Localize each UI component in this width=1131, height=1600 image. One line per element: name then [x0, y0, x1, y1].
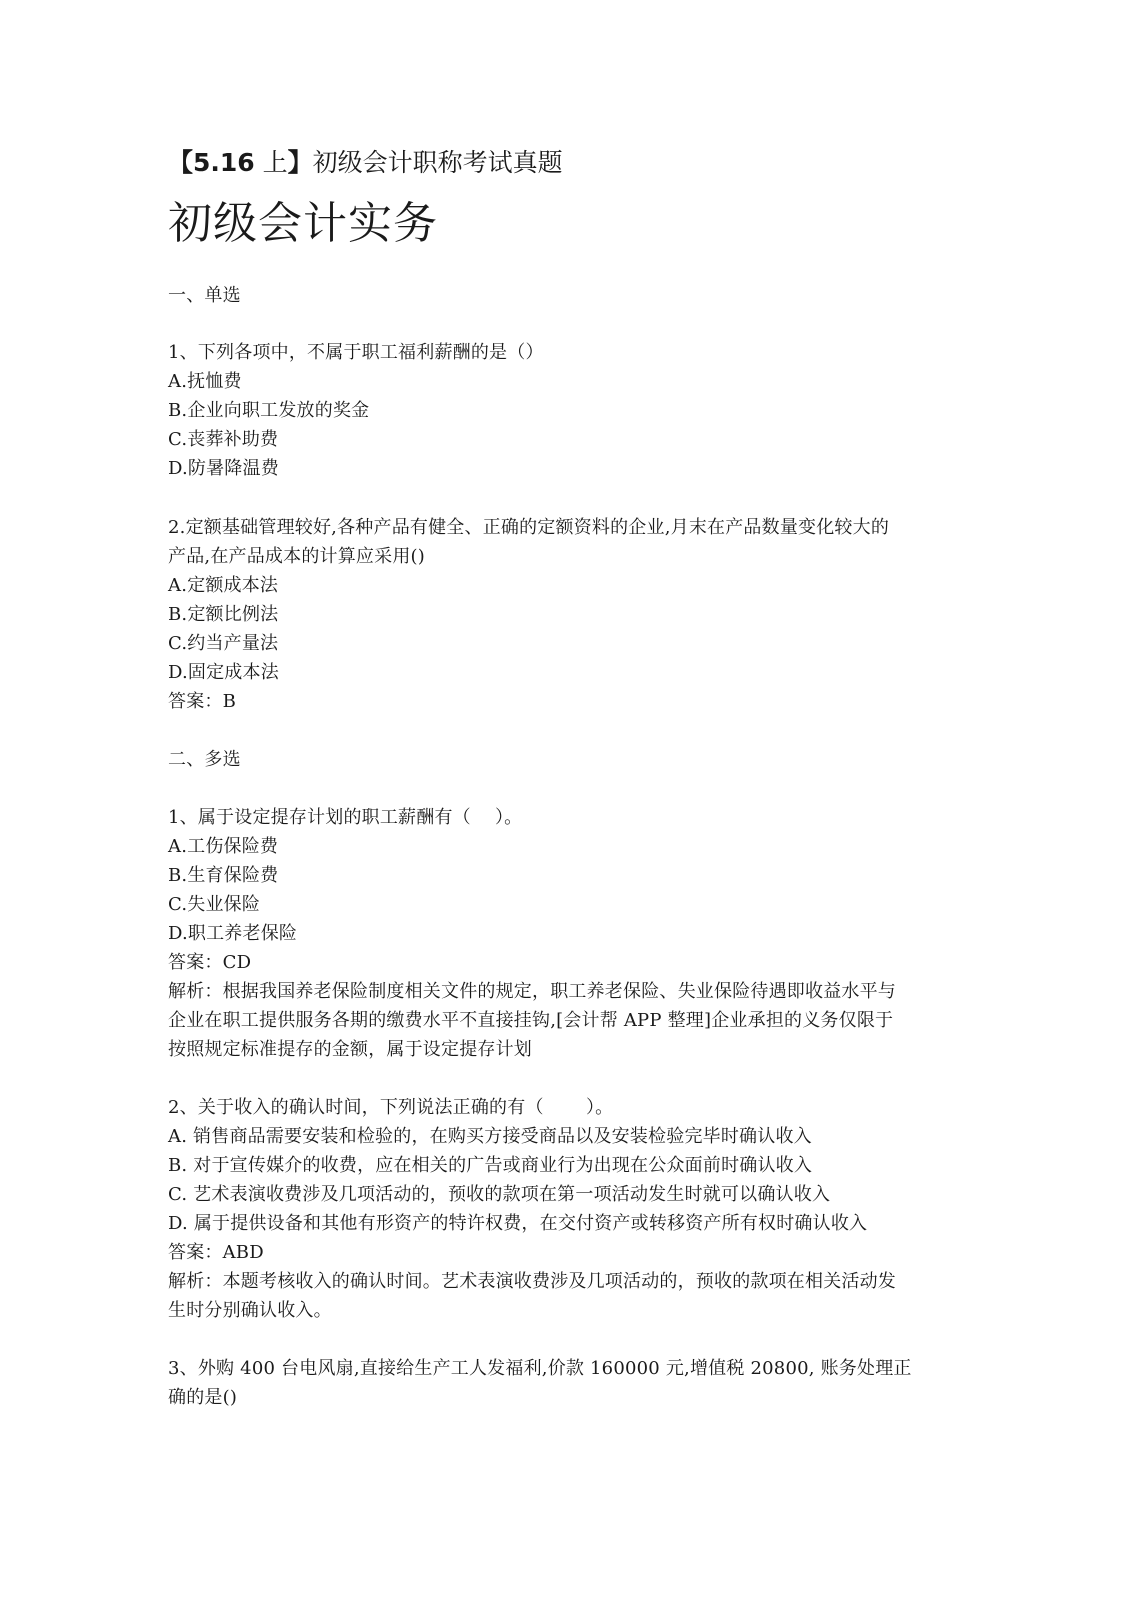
question-answer: 答案：B [168, 687, 236, 716]
subtitle-bracket-open: 【 [168, 148, 193, 177]
question-option: A.工伤保险费 [168, 832, 278, 861]
main-title: 初级会计实务 [168, 196, 438, 252]
subtitle-date-suffix: 上 [255, 148, 288, 177]
question-analysis: 解析：根据我国养老保险制度相关文件的规定，职工养老保险、失业保险待遇即收益水平与 [168, 977, 896, 1006]
question-option: C.约当产量法 [168, 629, 278, 658]
question-option: B.生育保险费 [168, 861, 278, 890]
question-option: A.定额成本法 [168, 571, 278, 600]
question-option: C.丧葬补助费 [168, 425, 278, 454]
question-analysis: 企业在职工提供服务各期的缴费水平不直接挂钩,[会计帮 APP 整理]企业承担的义… [168, 1006, 893, 1035]
exam-subtitle: 【5.16 上】初级会计职称考试真题 [168, 145, 563, 181]
question-option: D. 属于提供设备和其他有形资产的特许权费，在交付资产或转移资产所有权时确认收入 [168, 1209, 867, 1238]
question-option: D.防暑降温费 [168, 454, 279, 483]
question-option: B. 对于宣传媒介的收费，应在相关的广告或商业行为出现在公众面前时确认收入 [168, 1151, 812, 1180]
question-stem: 确的是() [168, 1383, 237, 1412]
question-option: C.失业保险 [168, 890, 260, 919]
question-option: A. 销售商品需要安装和检验的，在购买方接受商品以及安装检验完毕时确认收入 [168, 1122, 812, 1151]
question-analysis: 解析：本题考核收入的确认时间。艺术表演收费涉及几项活动的，预收的款项在相关活动发 [168, 1267, 896, 1296]
question-stem: 1、属于设定提存计划的职工薪酬有（ ）。 [168, 803, 522, 832]
question-stem: 3、外购 400 台电风扇,直接给生产工人发福利,价款 160000 元,增值税… [168, 1354, 912, 1383]
question-stem: 2、关于收入的确认时间，下列说法正确的有（ ）。 [168, 1093, 613, 1122]
question-answer: 答案：ABD [168, 1238, 264, 1267]
question-option: C. 艺术表演收费涉及几项活动的，预收的款项在第一项活动发生时就可以确认收入 [168, 1180, 830, 1209]
question-option: B.定额比例法 [168, 600, 278, 629]
question-stem: 1、下列各项中，不属于职工福利薪酬的是（） [168, 338, 544, 367]
question-option: A.抚恤费 [168, 367, 242, 396]
section-heading-multiple-choice: 二、多选 [168, 745, 241, 774]
section-heading-single-choice: 一、单选 [168, 281, 241, 310]
question-stem: 2.定额基础管理较好,各种产品有健全、正确的定额资料的企业,月末在产品数量变化较… [168, 513, 889, 542]
question-answer: 答案：CD [168, 948, 251, 977]
question-analysis: 生时分别确认收入。 [168, 1296, 332, 1325]
subtitle-bracket-close: 】 [288, 148, 313, 177]
question-analysis: 按照规定标准提存的金额，属于设定提存计划 [168, 1035, 532, 1064]
question-stem: 产品,在产品成本的计算应采用() [168, 542, 425, 571]
question-option: B.企业向职工发放的奖金 [168, 396, 369, 425]
subtitle-date-tag: 5.16 [193, 148, 255, 177]
question-option: D.职工养老保险 [168, 919, 297, 948]
subtitle-text: 初级会计职称考试真题 [313, 148, 563, 177]
question-option: D.固定成本法 [168, 658, 279, 687]
